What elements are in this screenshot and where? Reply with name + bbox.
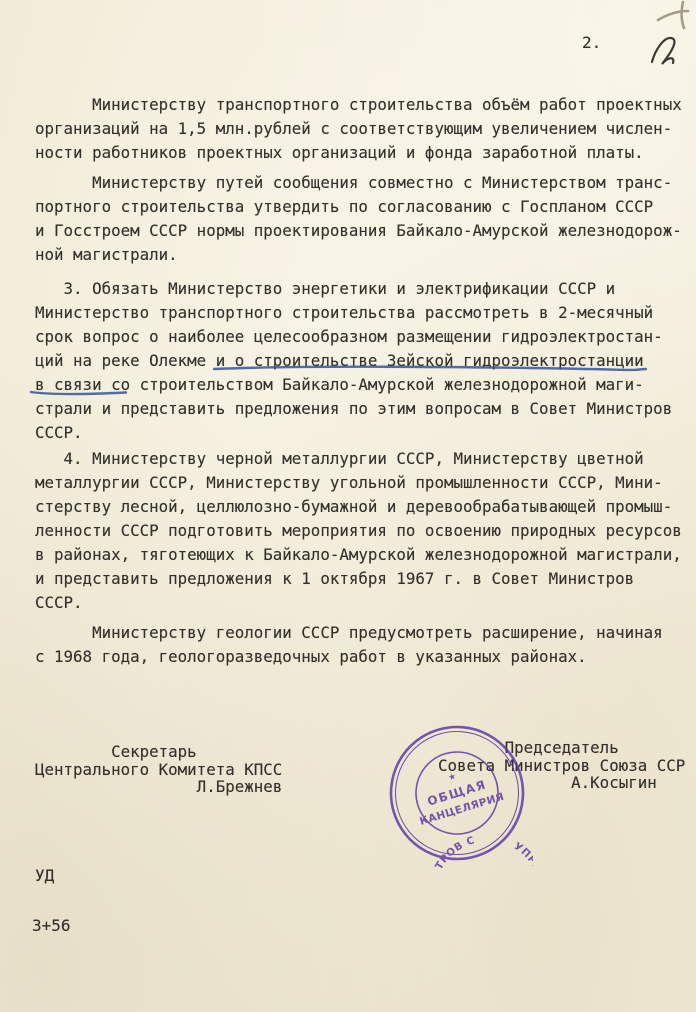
signature-right-kosygin: Председатель Совета Министров Союза ССР … (438, 739, 685, 792)
paragraph-5: Министерству геологии СССР предусмотреть… (35, 621, 682, 669)
document-page: 2. Министерству транспортного строительс… (0, 0, 696, 1012)
stamp-center-text-bottom: КАНЦЕЛЯРИЯ (418, 791, 505, 828)
footer-mark-index: 3+56 (32, 914, 71, 938)
page-number: 2. (582, 31, 601, 55)
handwritten-page-number (652, 38, 674, 64)
signature-left-brezhnev: Секретарь Центрального Комитета КПСС Л.Б… (35, 743, 282, 796)
corner-pencil-mark (658, 2, 688, 28)
footer-mark-ud: УД (35, 864, 54, 888)
paragraph-2: Министерству путей сообщения совместно с… (35, 171, 682, 267)
document-body: Министерству транспортного строительства… (35, 93, 682, 669)
paragraph-3: 3. Обязать Министерство энергетики и эле… (35, 277, 682, 445)
paragraph-1: Министерству транспортного строительства… (35, 93, 682, 165)
paragraph-4: 4. Министерству черной металлургии СССР,… (35, 447, 682, 615)
